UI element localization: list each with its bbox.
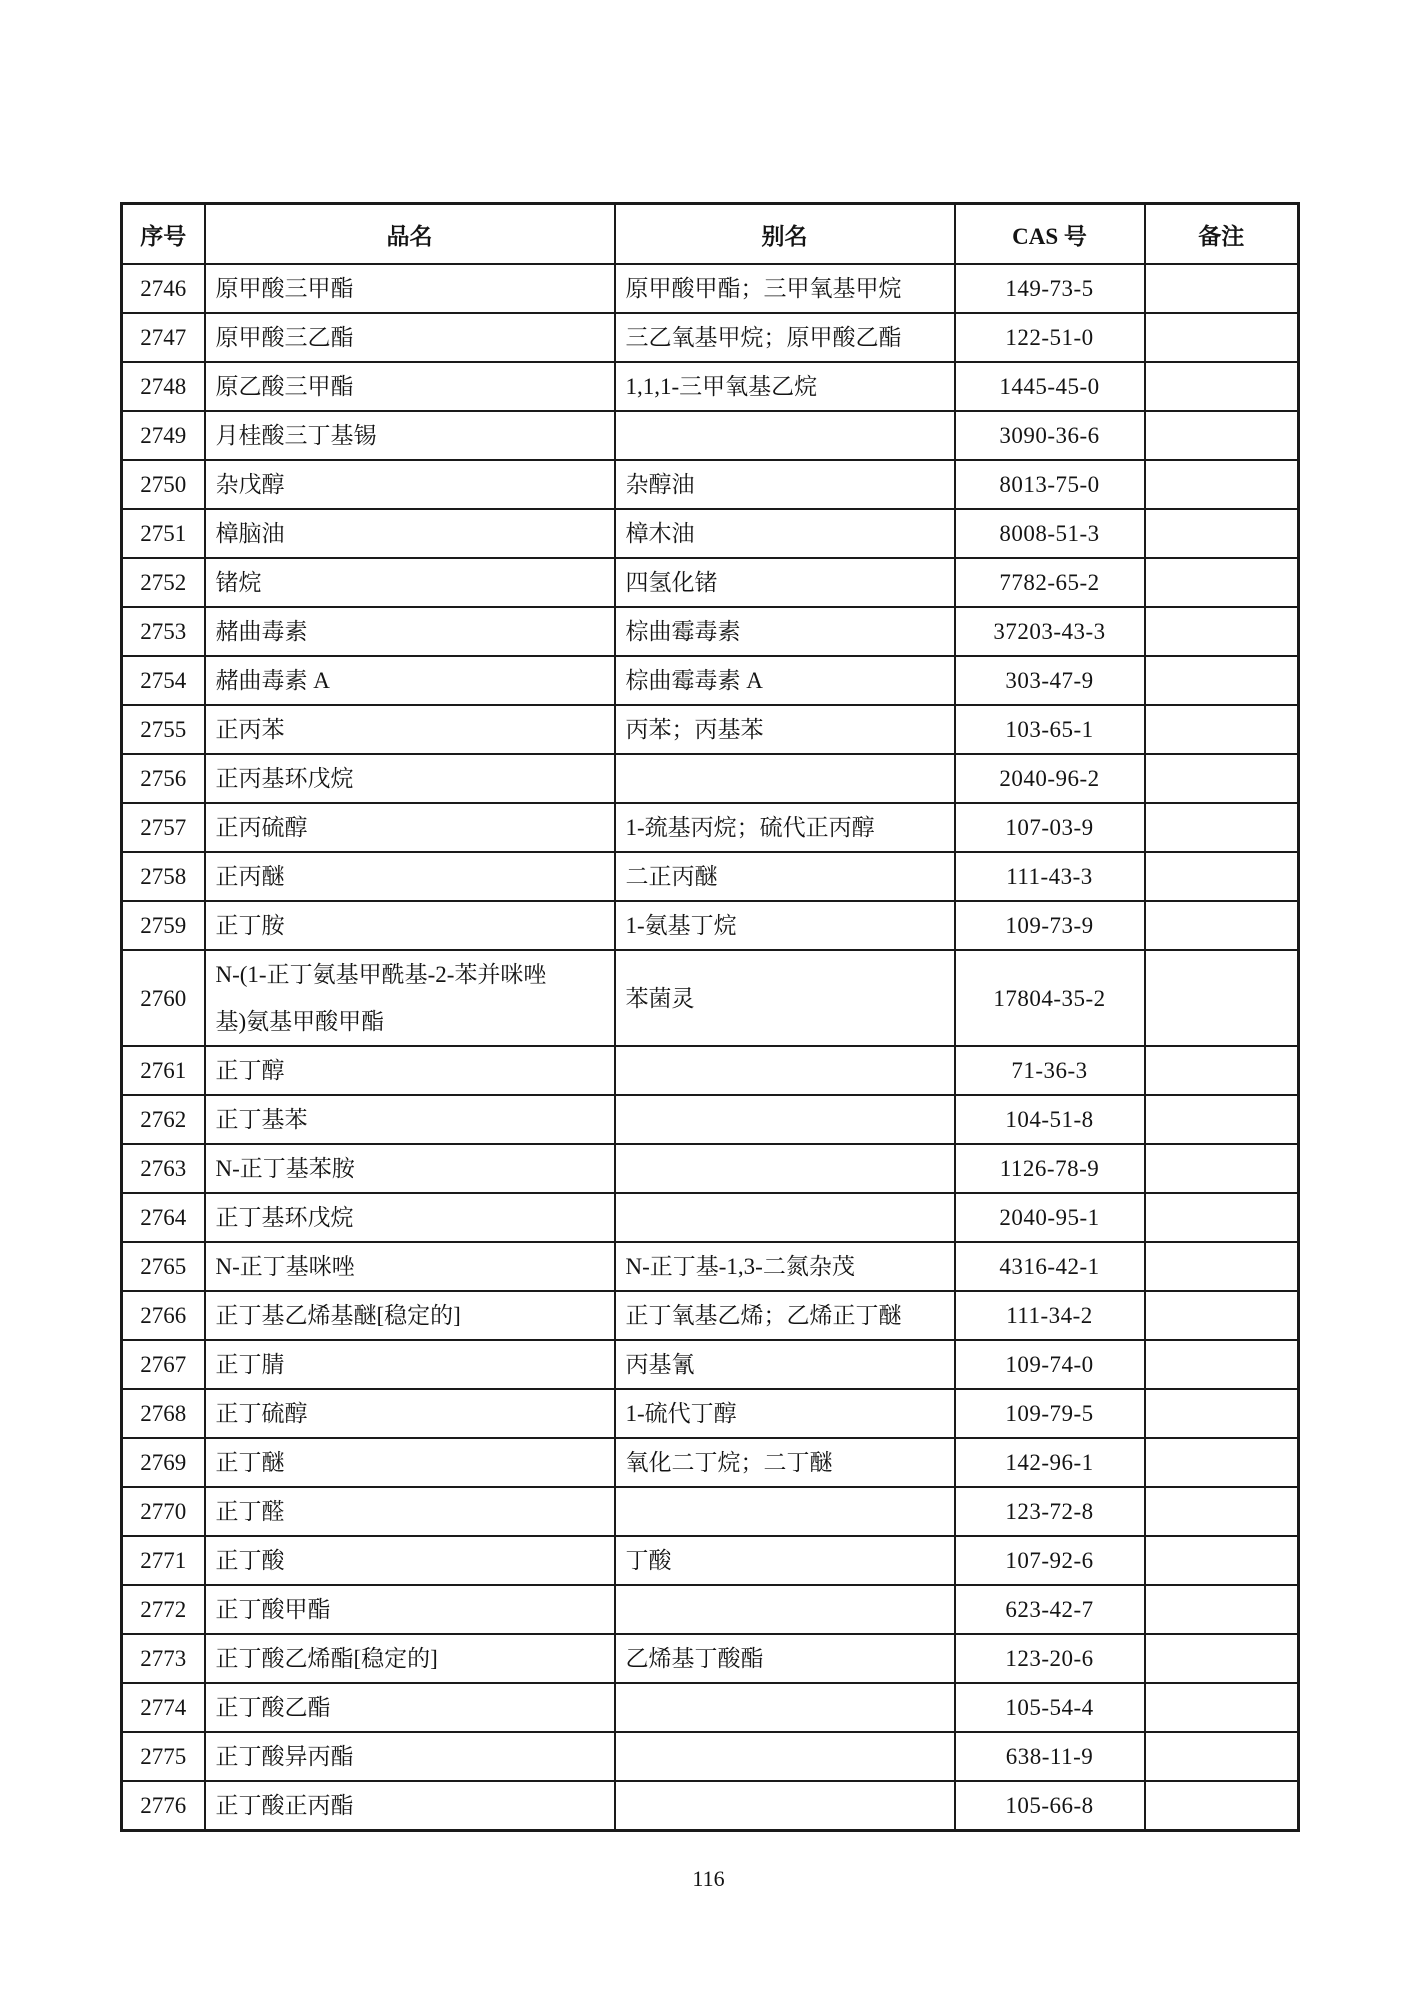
table-header-row: 序号 品名 别名 CAS 号 备注 [122, 204, 1299, 265]
chemical-list-table: 序号 品名 别名 CAS 号 备注 2746原甲酸三甲酯原甲酸甲酯；三甲氧基甲烷… [120, 202, 1300, 1832]
row-serial-cell: 2776 [122, 1781, 205, 1831]
product-name-cell: 正丁酸乙酯 [205, 1683, 615, 1732]
table-row: 2773正丁酸乙烯酯[稳定的]乙烯基丁酸酯123-20-6 [122, 1634, 1299, 1683]
header-cell-remarks: 备注 [1145, 204, 1299, 265]
product-name-cell: 正丙苯 [205, 705, 615, 754]
header-cell-alias: 别名 [615, 204, 955, 265]
cas-number-cell: 111-43-3 [955, 852, 1145, 901]
cas-number-cell: 123-20-6 [955, 1634, 1145, 1683]
cas-number-cell: 149-73-5 [955, 264, 1145, 313]
table-row: 2770正丁醛123-72-8 [122, 1487, 1299, 1536]
alias-cell: 樟木油 [615, 509, 955, 558]
product-name-cell: 杂戊醇 [205, 460, 615, 509]
product-name-cell: 正丁基环戊烷 [205, 1193, 615, 1242]
remarks-cell [1145, 803, 1299, 852]
product-name-cell: N-正丁基咪唑 [205, 1242, 615, 1291]
alias-cell: 丙苯；丙基苯 [615, 705, 955, 754]
cas-number-cell: 2040-95-1 [955, 1193, 1145, 1242]
table-row: 2746原甲酸三甲酯原甲酸甲酯；三甲氧基甲烷149-73-5 [122, 264, 1299, 313]
product-name-cell: 正丁酸乙烯酯[稳定的] [205, 1634, 615, 1683]
alias-cell [615, 1046, 955, 1095]
row-serial-cell: 2751 [122, 509, 205, 558]
table-row: 2776正丁酸正丙酯105-66-8 [122, 1781, 1299, 1831]
product-name-cell: 正丁酸异丙酯 [205, 1732, 615, 1781]
remarks-cell [1145, 362, 1299, 411]
product-name-cell: 原甲酸三甲酯 [205, 264, 615, 313]
row-serial-cell: 2775 [122, 1732, 205, 1781]
product-name-cell: 正丁胺 [205, 901, 615, 950]
row-serial-cell: 2753 [122, 607, 205, 656]
product-name-cell: 正丁醇 [205, 1046, 615, 1095]
alias-cell [615, 1193, 955, 1242]
alias-cell [615, 754, 955, 803]
alias-cell: N-正丁基-1,3-二氮杂茂 [615, 1242, 955, 1291]
cas-number-cell: 2040-96-2 [955, 754, 1145, 803]
row-serial-cell: 2746 [122, 264, 205, 313]
cas-number-cell: 109-74-0 [955, 1340, 1145, 1389]
row-serial-cell: 2747 [122, 313, 205, 362]
table-row: 2751樟脑油樟木油8008-51-3 [122, 509, 1299, 558]
cas-number-cell: 109-73-9 [955, 901, 1145, 950]
table-row: 2748原乙酸三甲酯1,1,1-三甲氧基乙烷1445-45-0 [122, 362, 1299, 411]
product-name-cell: 樟脑油 [205, 509, 615, 558]
remarks-cell [1145, 1438, 1299, 1487]
product-name-cell: 正丙醚 [205, 852, 615, 901]
remarks-cell [1145, 1683, 1299, 1732]
table-row: 2771正丁酸丁酸107-92-6 [122, 1536, 1299, 1585]
alias-cell: 苯菌灵 [615, 950, 955, 1046]
table-row: 2753赭曲毒素棕曲霉毒素37203-43-3 [122, 607, 1299, 656]
row-serial-cell: 2766 [122, 1291, 205, 1340]
product-name-cell: 月桂酸三丁基锡 [205, 411, 615, 460]
alias-cell [615, 1732, 955, 1781]
row-serial-cell: 2758 [122, 852, 205, 901]
table-row: 2769正丁醚氧化二丁烷；二丁醚142-96-1 [122, 1438, 1299, 1487]
cas-number-cell: 71-36-3 [955, 1046, 1145, 1095]
row-serial-cell: 2772 [122, 1585, 205, 1634]
alias-cell [615, 1144, 955, 1193]
table-row: 2767正丁腈丙基氰109-74-0 [122, 1340, 1299, 1389]
remarks-cell [1145, 1585, 1299, 1634]
remarks-cell [1145, 1340, 1299, 1389]
row-serial-cell: 2750 [122, 460, 205, 509]
document-page: 序号 品名 别名 CAS 号 备注 2746原甲酸三甲酯原甲酸甲酯；三甲氧基甲烷… [0, 0, 1413, 2000]
row-serial-cell: 2757 [122, 803, 205, 852]
table-row: 2763N-正丁基苯胺1126-78-9 [122, 1144, 1299, 1193]
product-name-cell: 原乙酸三甲酯 [205, 362, 615, 411]
table-row: 2749月桂酸三丁基锡3090-36-6 [122, 411, 1299, 460]
product-name-cell: 正丁基乙烯基醚[稳定的] [205, 1291, 615, 1340]
table-row: 2766正丁基乙烯基醚[稳定的]正丁氧基乙烯；乙烯正丁醚111-34-2 [122, 1291, 1299, 1340]
remarks-cell [1145, 1193, 1299, 1242]
table-row: 2758正丙醚二正丙醚111-43-3 [122, 852, 1299, 901]
cas-number-cell: 105-66-8 [955, 1781, 1145, 1831]
table-row: 2765N-正丁基咪唑N-正丁基-1,3-二氮杂茂4316-42-1 [122, 1242, 1299, 1291]
table-row: 2747原甲酸三乙酯三乙氧基甲烷；原甲酸乙酯122-51-0 [122, 313, 1299, 362]
cas-number-cell: 17804-35-2 [955, 950, 1145, 1046]
alias-cell: 氧化二丁烷；二丁醚 [615, 1438, 955, 1487]
header-cell-product-name: 品名 [205, 204, 615, 265]
table-row: 2757正丙硫醇1-巯基丙烷；硫代正丙醇107-03-9 [122, 803, 1299, 852]
row-serial-cell: 2763 [122, 1144, 205, 1193]
cas-number-cell: 107-03-9 [955, 803, 1145, 852]
cas-number-cell: 111-34-2 [955, 1291, 1145, 1340]
remarks-cell [1145, 1487, 1299, 1536]
product-name-cell: 正丁酸 [205, 1536, 615, 1585]
cas-number-cell: 37203-43-3 [955, 607, 1145, 656]
cas-number-cell: 105-54-4 [955, 1683, 1145, 1732]
header-cell-serial: 序号 [122, 204, 205, 265]
alias-cell: 1-巯基丙烷；硫代正丙醇 [615, 803, 955, 852]
row-serial-cell: 2765 [122, 1242, 205, 1291]
row-serial-cell: 2756 [122, 754, 205, 803]
product-name-cell: 赭曲毒素 [205, 607, 615, 656]
table-row: 2755正丙苯丙苯；丙基苯103-65-1 [122, 705, 1299, 754]
table-row: 2750杂戊醇杂醇油8013-75-0 [122, 460, 1299, 509]
alias-cell: 三乙氧基甲烷；原甲酸乙酯 [615, 313, 955, 362]
product-name-cell: 正丁醛 [205, 1487, 615, 1536]
remarks-cell [1145, 313, 1299, 362]
alias-cell: 丁酸 [615, 1536, 955, 1585]
product-name-cell: N-正丁基苯胺 [205, 1144, 615, 1193]
cas-number-cell: 123-72-8 [955, 1487, 1145, 1536]
cas-number-cell: 107-92-6 [955, 1536, 1145, 1585]
alias-cell: 棕曲霉毒素 A [615, 656, 955, 705]
remarks-cell [1145, 1536, 1299, 1585]
row-serial-cell: 2771 [122, 1536, 205, 1585]
product-name-cell: 正丙硫醇 [205, 803, 615, 852]
alias-cell: 杂醇油 [615, 460, 955, 509]
table-row: 2772正丁酸甲酯623-42-7 [122, 1585, 1299, 1634]
page-number: 116 [120, 1866, 1297, 1892]
product-name-cell: 正丁酸甲酯 [205, 1585, 615, 1634]
cas-number-cell: 7782-65-2 [955, 558, 1145, 607]
remarks-cell [1145, 264, 1299, 313]
row-serial-cell: 2773 [122, 1634, 205, 1683]
alias-cell: 1-氨基丁烷 [615, 901, 955, 950]
row-serial-cell: 2762 [122, 1095, 205, 1144]
remarks-cell [1145, 1781, 1299, 1831]
cas-number-cell: 122-51-0 [955, 313, 1145, 362]
product-name-cell: 正丁基苯 [205, 1095, 615, 1144]
cas-number-cell: 103-65-1 [955, 705, 1145, 754]
remarks-cell [1145, 1095, 1299, 1144]
remarks-cell [1145, 950, 1299, 1046]
remarks-cell [1145, 1242, 1299, 1291]
alias-cell: 棕曲霉毒素 [615, 607, 955, 656]
remarks-cell [1145, 1634, 1299, 1683]
table-row: 2764正丁基环戊烷2040-95-1 [122, 1193, 1299, 1242]
remarks-cell [1145, 607, 1299, 656]
row-serial-cell: 2755 [122, 705, 205, 754]
remarks-cell [1145, 460, 1299, 509]
alias-cell: 1,1,1-三甲氧基乙烷 [615, 362, 955, 411]
alias-cell [615, 1585, 955, 1634]
remarks-cell [1145, 901, 1299, 950]
row-serial-cell: 2761 [122, 1046, 205, 1095]
cas-number-cell: 142-96-1 [955, 1438, 1145, 1487]
alias-cell: 正丁氧基乙烯；乙烯正丁醚 [615, 1291, 955, 1340]
table-row: 2752锗烷四氢化锗7782-65-2 [122, 558, 1299, 607]
remarks-cell [1145, 1144, 1299, 1193]
alias-cell: 1-硫代丁醇 [615, 1389, 955, 1438]
remarks-cell [1145, 558, 1299, 607]
table-row: 2756正丙基环戊烷2040-96-2 [122, 754, 1299, 803]
alias-cell: 原甲酸甲酯；三甲氧基甲烷 [615, 264, 955, 313]
alias-cell [615, 1095, 955, 1144]
product-name-cell: 锗烷 [205, 558, 615, 607]
header-cell-cas-number: CAS 号 [955, 204, 1145, 265]
cas-number-cell: 303-47-9 [955, 656, 1145, 705]
row-serial-cell: 2752 [122, 558, 205, 607]
remarks-cell [1145, 509, 1299, 558]
row-serial-cell: 2769 [122, 1438, 205, 1487]
cas-number-cell: 8013-75-0 [955, 460, 1145, 509]
row-serial-cell: 2749 [122, 411, 205, 460]
alias-cell [615, 1487, 955, 1536]
cas-number-cell: 3090-36-6 [955, 411, 1145, 460]
alias-cell [615, 1781, 955, 1831]
product-name-cell: N-(1-正丁氨基甲酰基-2-苯并咪唑 基)氨基甲酸甲酯 [205, 950, 615, 1046]
cas-number-cell: 638-11-9 [955, 1732, 1145, 1781]
row-serial-cell: 2770 [122, 1487, 205, 1536]
row-serial-cell: 2748 [122, 362, 205, 411]
row-serial-cell: 2754 [122, 656, 205, 705]
alias-cell [615, 411, 955, 460]
product-name-cell: 正丁醚 [205, 1438, 615, 1487]
row-serial-cell: 2759 [122, 901, 205, 950]
alias-cell: 丙基氰 [615, 1340, 955, 1389]
cas-number-cell: 1445-45-0 [955, 362, 1145, 411]
table-row: 2775正丁酸异丙酯638-11-9 [122, 1732, 1299, 1781]
remarks-cell [1145, 1291, 1299, 1340]
cas-number-cell: 109-79-5 [955, 1389, 1145, 1438]
row-serial-cell: 2760 [122, 950, 205, 1046]
cas-number-cell: 1126-78-9 [955, 1144, 1145, 1193]
remarks-cell [1145, 852, 1299, 901]
cas-number-cell: 623-42-7 [955, 1585, 1145, 1634]
remarks-cell [1145, 656, 1299, 705]
product-name-cell: 正丙基环戊烷 [205, 754, 615, 803]
product-name-cell: 正丁酸正丙酯 [205, 1781, 615, 1831]
table-row: 2761正丁醇71-36-3 [122, 1046, 1299, 1095]
table-row: 2768正丁硫醇1-硫代丁醇109-79-5 [122, 1389, 1299, 1438]
remarks-cell [1145, 1046, 1299, 1095]
row-serial-cell: 2764 [122, 1193, 205, 1242]
table-row: 2754赭曲毒素 A棕曲霉毒素 A303-47-9 [122, 656, 1299, 705]
table-row: 2774正丁酸乙酯105-54-4 [122, 1683, 1299, 1732]
remarks-cell [1145, 1732, 1299, 1781]
alias-cell [615, 1683, 955, 1732]
cas-number-cell: 104-51-8 [955, 1095, 1145, 1144]
remarks-cell [1145, 754, 1299, 803]
table-row: 2760N-(1-正丁氨基甲酰基-2-苯并咪唑 基)氨基甲酸甲酯苯菌灵17804… [122, 950, 1299, 1046]
remarks-cell [1145, 411, 1299, 460]
alias-cell: 乙烯基丁酸酯 [615, 1634, 955, 1683]
row-serial-cell: 2767 [122, 1340, 205, 1389]
table-row: 2762正丁基苯104-51-8 [122, 1095, 1299, 1144]
row-serial-cell: 2774 [122, 1683, 205, 1732]
product-name-cell: 赭曲毒素 A [205, 656, 615, 705]
product-name-cell: 正丁硫醇 [205, 1389, 615, 1438]
remarks-cell [1145, 705, 1299, 754]
cas-number-cell: 4316-42-1 [955, 1242, 1145, 1291]
row-serial-cell: 2768 [122, 1389, 205, 1438]
table-body: 2746原甲酸三甲酯原甲酸甲酯；三甲氧基甲烷149-73-52747原甲酸三乙酯… [122, 264, 1299, 1831]
remarks-cell [1145, 1389, 1299, 1438]
product-name-cell: 原甲酸三乙酯 [205, 313, 615, 362]
alias-cell: 二正丙醚 [615, 852, 955, 901]
alias-cell: 四氢化锗 [615, 558, 955, 607]
table-row: 2759正丁胺1-氨基丁烷109-73-9 [122, 901, 1299, 950]
product-name-cell: 正丁腈 [205, 1340, 615, 1389]
cas-number-cell: 8008-51-3 [955, 509, 1145, 558]
